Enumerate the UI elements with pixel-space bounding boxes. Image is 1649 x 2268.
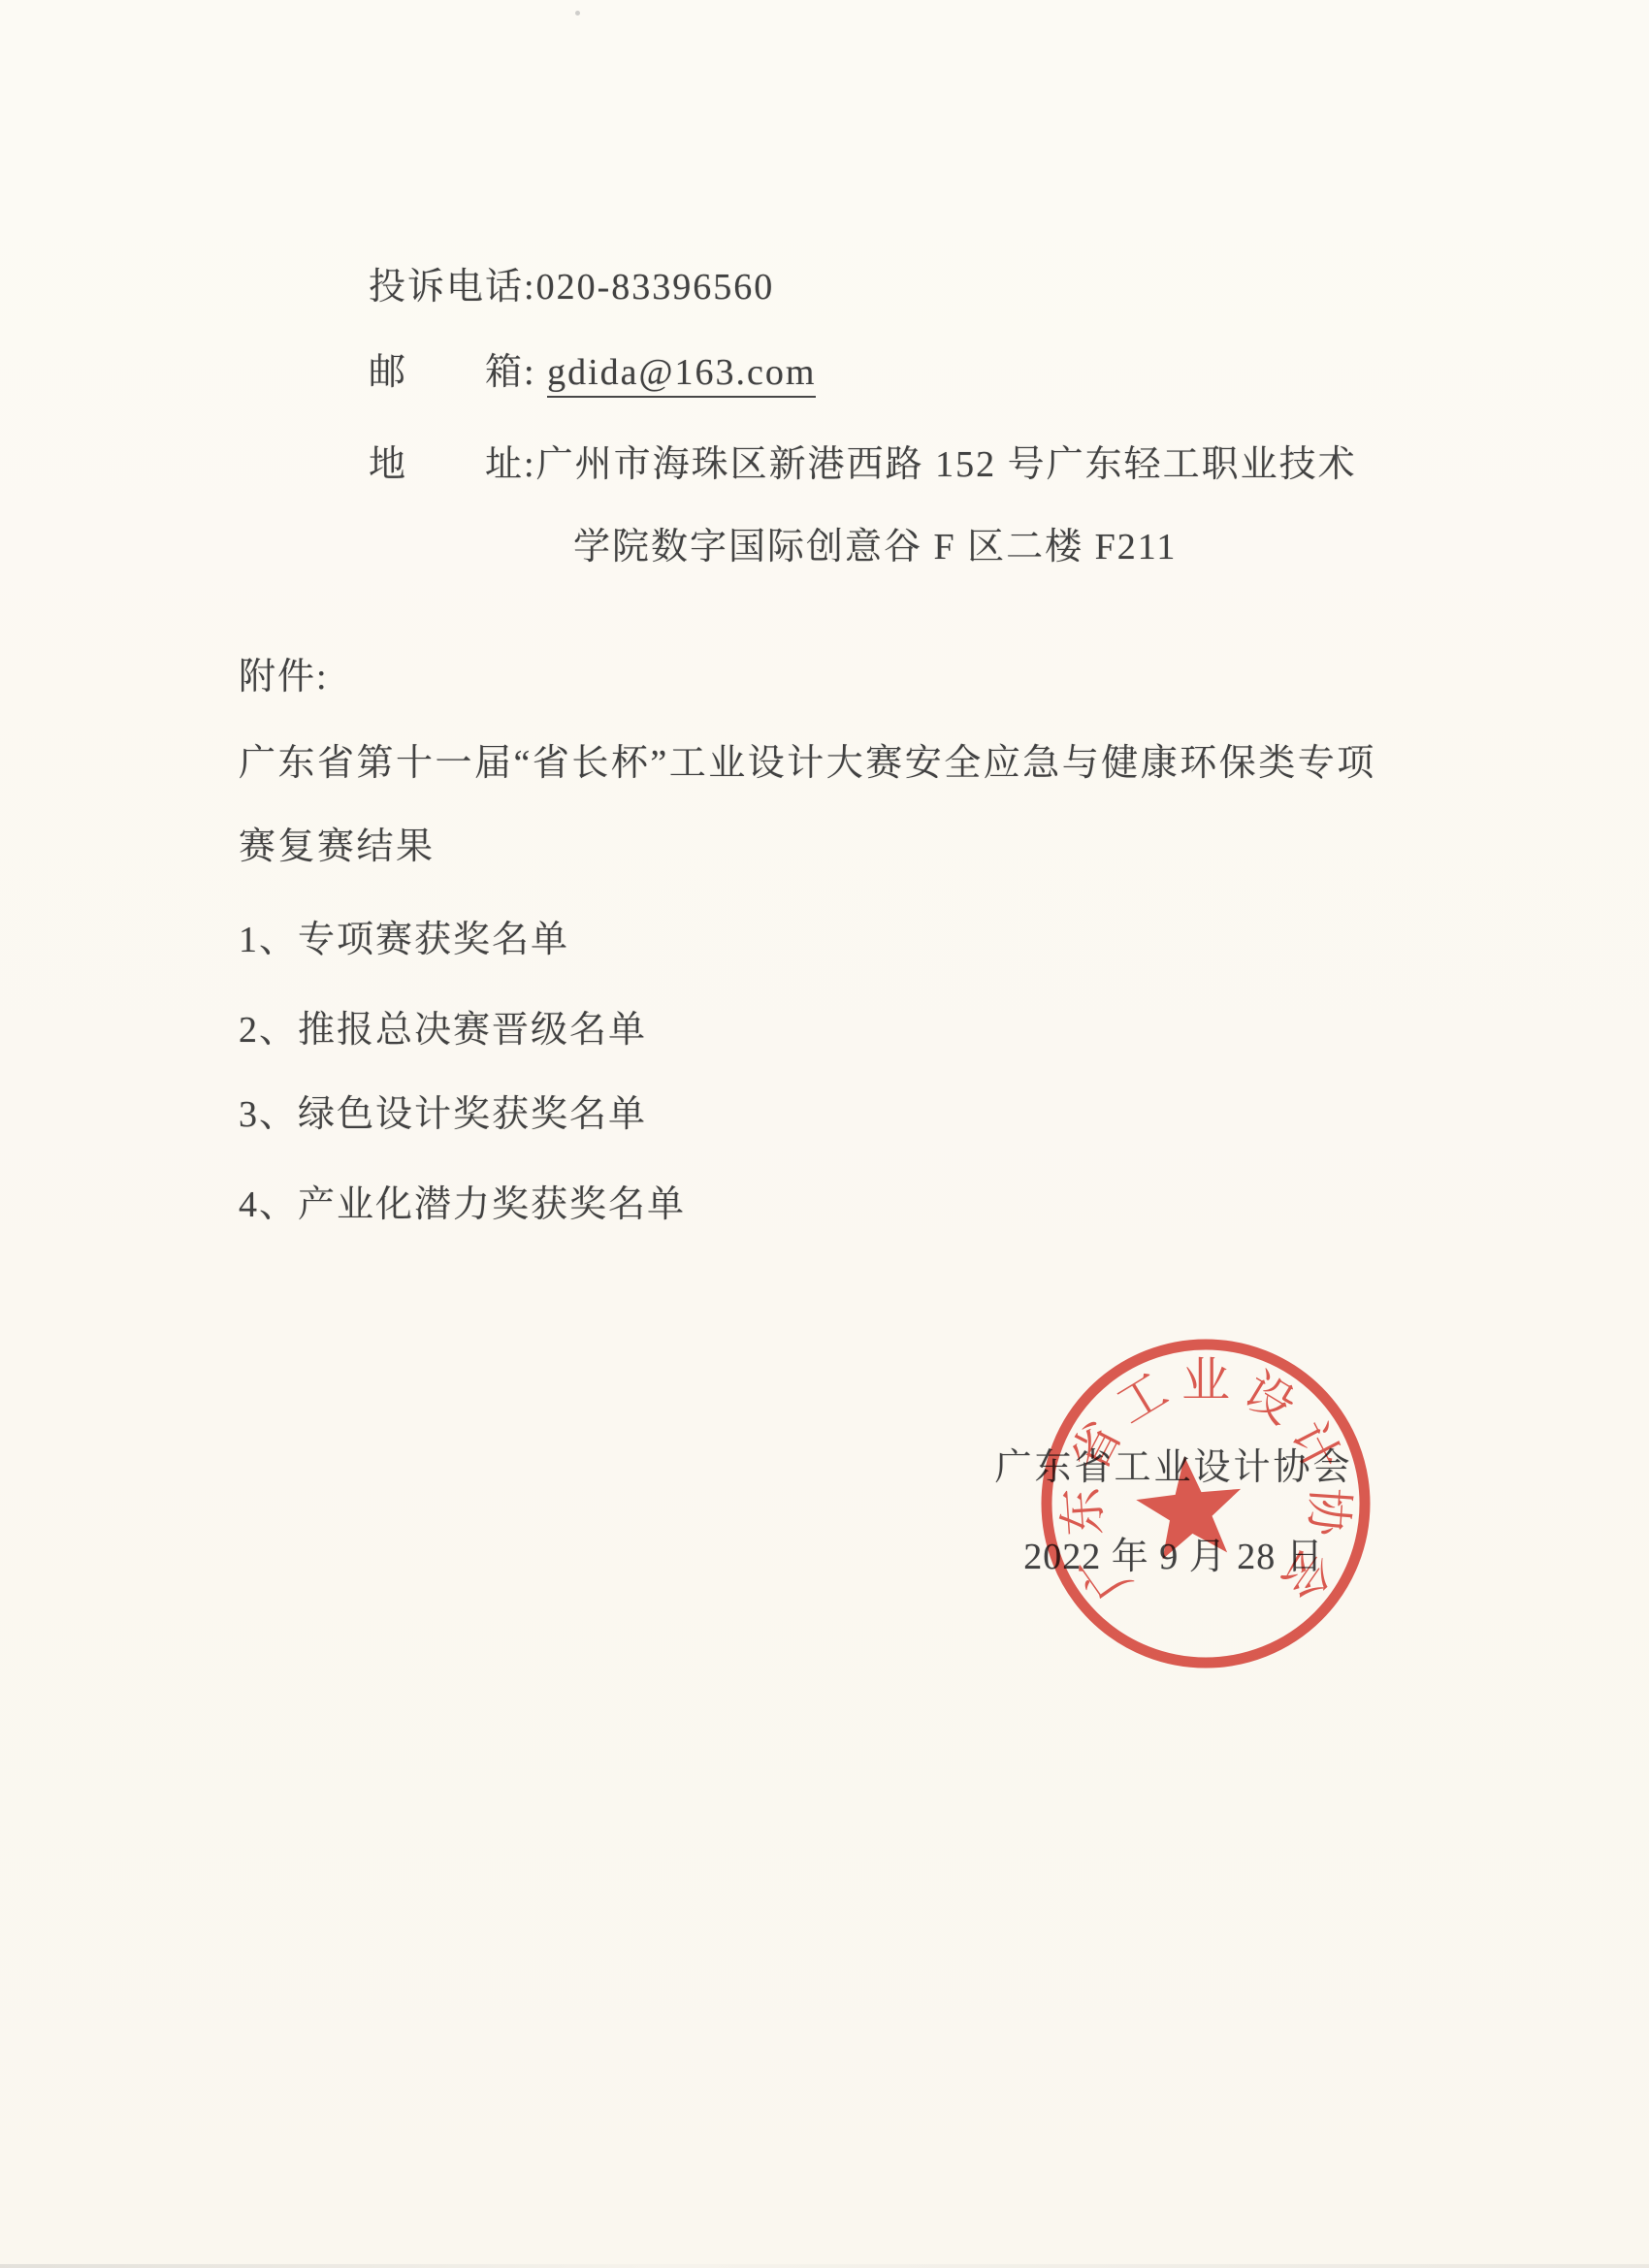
stamp-ring-char: 东 — [1054, 1485, 1112, 1538]
attachment-item-2: 2、推报总决赛晋级名单 — [239, 999, 647, 1053]
attachment-item-1: 1、专项赛获奖名单 — [239, 909, 569, 962]
attachment-title-line-2: 赛复赛结果 — [239, 816, 436, 869]
email-label: 邮 箱: — [369, 352, 547, 393]
scan-edge-artifact — [0, 2264, 1649, 2268]
official-stamp: 广东省工业设计协会 — [1031, 1329, 1380, 1678]
stamp-star-icon — [1132, 1451, 1247, 1562]
stamp-ring-char: 协 — [1300, 1485, 1357, 1539]
address-label: 地 址: — [369, 444, 536, 485]
stamp-svg: 广东省工业设计协会 — [1031, 1329, 1380, 1678]
scan-speck — [575, 11, 580, 16]
attachment-item-4: 4、产业化潜力奖获奖名单 — [239, 1174, 686, 1227]
address-text-2: 学院数字国际创意谷 F 区二楼 F211 — [573, 527, 1177, 567]
attachment-label: 附件: — [239, 646, 329, 699]
address-line-2: 学院数字国际创意谷 F 区二楼 F211 — [529, 473, 1177, 612]
scanned-document-page: 投诉电话:020-83396560 邮 箱: gdida@163.com 地 址… — [0, 0, 1649, 2268]
attachment-item-3: 3、绿色设计奖获奖名单 — [239, 1084, 647, 1137]
attachment-title-line-1: 广东省第十一届“省长杯”工业设计大赛安全应急与健康环保类专项 — [239, 732, 1376, 786]
stamp-ring-char: 业 — [1181, 1353, 1230, 1408]
